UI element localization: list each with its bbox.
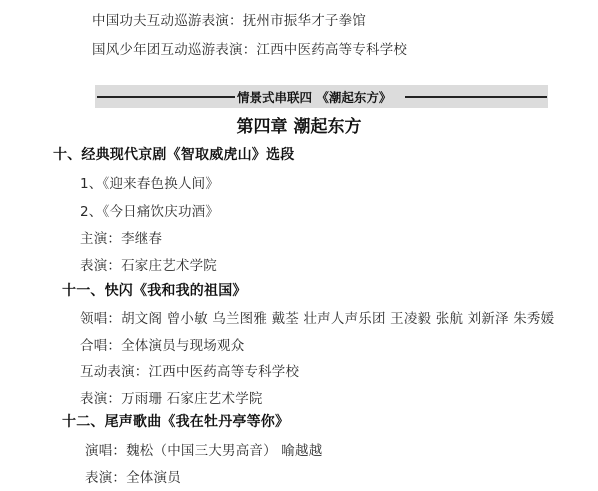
section-line: 主演：李继春 — [80, 227, 162, 247]
section-line: 表演：石家庄艺术学院 — [80, 254, 217, 274]
section-heading: 十、经典现代京剧《智取威虎山》选段 — [53, 144, 294, 164]
section-heading: 十一、快闪《我和我的祖国》 — [62, 280, 247, 300]
intro-line-2: 国风少年团互动巡游表演：江西中医药高等专科学校 — [92, 38, 407, 58]
section-line: 表演：全体演员 — [85, 466, 181, 486]
section-line: 合唱：全体演员与现场观众 — [80, 334, 244, 354]
section-line: 演唱：魏松（中国三大男高音） 喻越越 — [85, 439, 322, 459]
divider-rule-right — [405, 96, 547, 98]
section-line: 2、《今日痛饮庆功酒》 — [80, 200, 219, 220]
section-heading: 十二、尾声歌曲《我在牡丹亭等你》 — [62, 411, 289, 431]
section-line: 互动表演：江西中医药高等专科学校 — [80, 360, 299, 380]
chapter-title: 第四章 潮起东方 — [0, 112, 598, 137]
section-line: 1、《迎来春色换人间》 — [80, 172, 219, 192]
section-line: 领唱：胡文阁 曾小敏 乌兰图雅 戴荃 壮声人声乐团 王凌毅 张航 刘新泽 朱秀媛 — [80, 307, 554, 327]
divider-title: 情景式串联四 《潮起东方》 — [237, 88, 391, 106]
section-divider-band: 情景式串联四 《潮起东方》 — [95, 85, 548, 108]
section-line: 表演：万雨珊 石家庄艺术学院 — [80, 387, 263, 407]
intro-line-1: 中国功夫互动巡游表演：抚州市振华才子拳馆 — [92, 9, 366, 29]
divider-rule-left — [97, 96, 235, 98]
